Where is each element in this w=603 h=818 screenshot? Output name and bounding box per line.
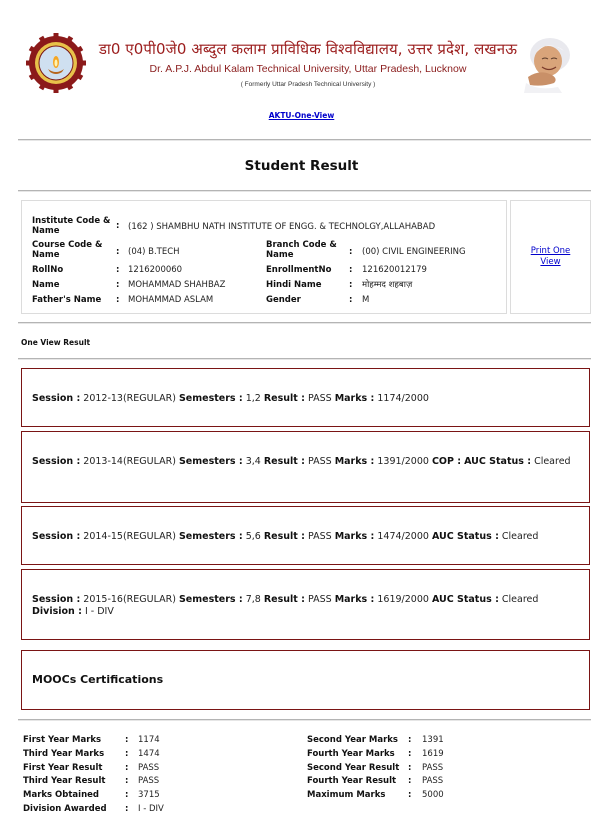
colon: : [125,804,128,814]
session-label: Session : [32,456,80,467]
university-name-hindi: डा0 ए0पी0जे0 अब्दुल कलाम प्राविधिक विश्व… [98,39,518,59]
institute-value: (162 ) SHAMBHU NATH INSTITUTE OF ENGG. &… [128,222,435,232]
marks-value: 1174/2000 [377,393,429,404]
marks-value: 1619/2000 [377,594,429,605]
semesters-value: 1,2 [246,393,261,404]
summary-value: I - DIV [138,804,164,814]
divider [18,139,591,141]
marks-label: Marks : [335,393,375,404]
session-card: Session : 2014-15(REGULAR) Semesters : 5… [21,506,590,565]
moocs-title: MOOCs Certifications [32,673,163,686]
cop-label: COP : [432,456,461,467]
auc-status-value: Cleared [534,456,571,467]
summary-value: 1619 [422,749,444,759]
colon: : [408,763,411,773]
colon: : [116,265,119,275]
summary-label: Second Year Marks [307,735,398,745]
colon: : [125,749,128,759]
colon: : [349,247,352,257]
semesters-label: Semesters : [179,594,243,605]
result-label: Result : [264,594,305,605]
session-value: 2012-13(REGULAR) [83,393,176,404]
semesters-value: 3,4 [246,456,261,467]
marks-value: 1391/2000 [377,456,429,467]
print-one-view-link[interactable]: Print One View [526,246,576,268]
gender-value: M [362,295,369,305]
division-value: I - DIV [85,606,114,617]
divider [18,322,591,324]
colon: : [125,763,128,773]
course-value: (04) B.TECH [128,247,180,257]
enrollment-label: EnrollmentNo [266,265,331,275]
auc-status-value: Cleared [502,594,539,605]
session-label: Session : [32,393,80,404]
institute-label: Institute Code & Name [32,216,122,236]
semesters-value: 5,6 [246,531,261,542]
summary-label: Third Year Marks [23,749,104,759]
summary-label: Third Year Result [23,776,105,786]
semesters-label: Semesters : [179,456,243,467]
colon: : [408,776,411,786]
moocs-card: MOOCs Certifications [21,650,590,710]
marks-value: 1474/2000 [377,531,429,542]
summary-value: PASS [422,763,443,773]
summary-value: 1391 [422,735,444,745]
course-label: Course Code & Name [32,240,110,260]
result-label: Result : [264,531,305,542]
result-value: PASS [308,456,332,467]
divider [18,719,591,721]
semesters-label: Semesters : [179,393,243,404]
hindi-name-value: मोहम्मद शहबाज़ [362,279,412,290]
formerly-name: ( Formerly Uttar Pradesh Technical Unive… [98,81,518,88]
result-label: Result : [264,393,305,404]
colon: : [125,790,128,800]
result-value: PASS [308,531,332,542]
summary-value: PASS [138,763,159,773]
summary-value: 1174 [138,735,160,745]
result-value: PASS [308,393,332,404]
marks-label: Marks : [335,594,375,605]
branch-label: Branch Code & Name [266,240,344,260]
colon: : [349,280,352,290]
summary-value: 3715 [138,790,160,800]
colon: : [116,221,119,231]
colon: : [116,247,119,257]
name-label: Name [32,280,59,290]
colon: : [408,790,411,800]
university-header: डा0 ए0पी0जे0 अब्दुल कलाम प्राविधिक विश्व… [0,0,603,110]
rollno-value: 1216200060 [128,265,182,275]
session-label: Session : [32,594,80,605]
summary-label: First Year Marks [23,735,101,745]
father-name-label: Father's Name [32,295,101,305]
name-value: MOHAMMAD SHAHBAZ [128,280,225,290]
result-label: Result : [264,456,305,467]
hindi-name-label: Hindi Name [266,280,322,290]
summary-value: PASS [138,776,159,786]
session-value: 2014-15(REGULAR) [83,531,176,542]
gender-label: Gender [266,295,301,305]
aktu-one-view-link[interactable]: AKTU-One-View [0,111,603,120]
one-view-result-heading: One View Result [21,338,90,347]
auc-status-label: AUC Status : [464,456,531,467]
student-info-panel: Institute Code & Name : (162 ) SHAMBHU N… [21,200,507,314]
enrollment-value: 121620012179 [362,265,427,275]
divider [18,358,591,360]
marks-label: Marks : [335,531,375,542]
colon: : [116,280,119,290]
summary-label: Division Awarded [23,804,107,814]
session-card: Session : 2015-16(REGULAR) Semesters : 7… [21,569,590,640]
summary-value: PASS [422,776,443,786]
session-label: Session : [32,531,80,542]
page-title: Student Result [0,158,603,174]
colon: : [125,735,128,745]
session-value: 2013-14(REGULAR) [83,456,176,467]
branch-value: (00) CIVIL ENGINEERING [362,247,466,257]
summary-label: Marks Obtained [23,790,99,800]
session-card: Session : 2013-14(REGULAR) Semesters : 3… [21,431,590,503]
colon: : [116,295,119,305]
rollno-label: RollNo [32,265,63,275]
marks-label: Marks : [335,456,375,467]
summary-value: 1474 [138,749,160,759]
summary-label: Second Year Result [307,763,399,773]
division-label: Division : [32,606,82,617]
university-name-english: Dr. A.P.J. Abdul Kalam Technical Univers… [98,63,518,75]
auc-status-label: AUC Status : [432,594,499,605]
colon: : [408,749,411,759]
semesters-value: 7,8 [246,594,261,605]
session-card: Session : 2012-13(REGULAR) Semesters : 1… [21,368,590,427]
summary-label: First Year Result [23,763,102,773]
auc-status-value: Cleared [502,531,539,542]
summary-label: Maximum Marks [307,790,385,800]
summary-label: Fourth Year Result [307,776,396,786]
print-panel: Print One View [510,200,591,314]
university-logo-icon [26,33,86,93]
semesters-label: Semesters : [179,531,243,542]
summary-value: 5000 [422,790,444,800]
colon: : [349,295,352,305]
colon: : [125,776,128,786]
session-value: 2015-16(REGULAR) [83,594,176,605]
auc-status-label: AUC Status : [432,531,499,542]
summary-label: Fourth Year Marks [307,749,395,759]
kalam-portrait-icon [518,33,580,93]
result-value: PASS [308,594,332,605]
father-name-value: MOHAMMAD ASLAM [128,295,213,305]
divider [18,190,591,192]
colon: : [408,735,411,745]
colon: : [349,265,352,275]
